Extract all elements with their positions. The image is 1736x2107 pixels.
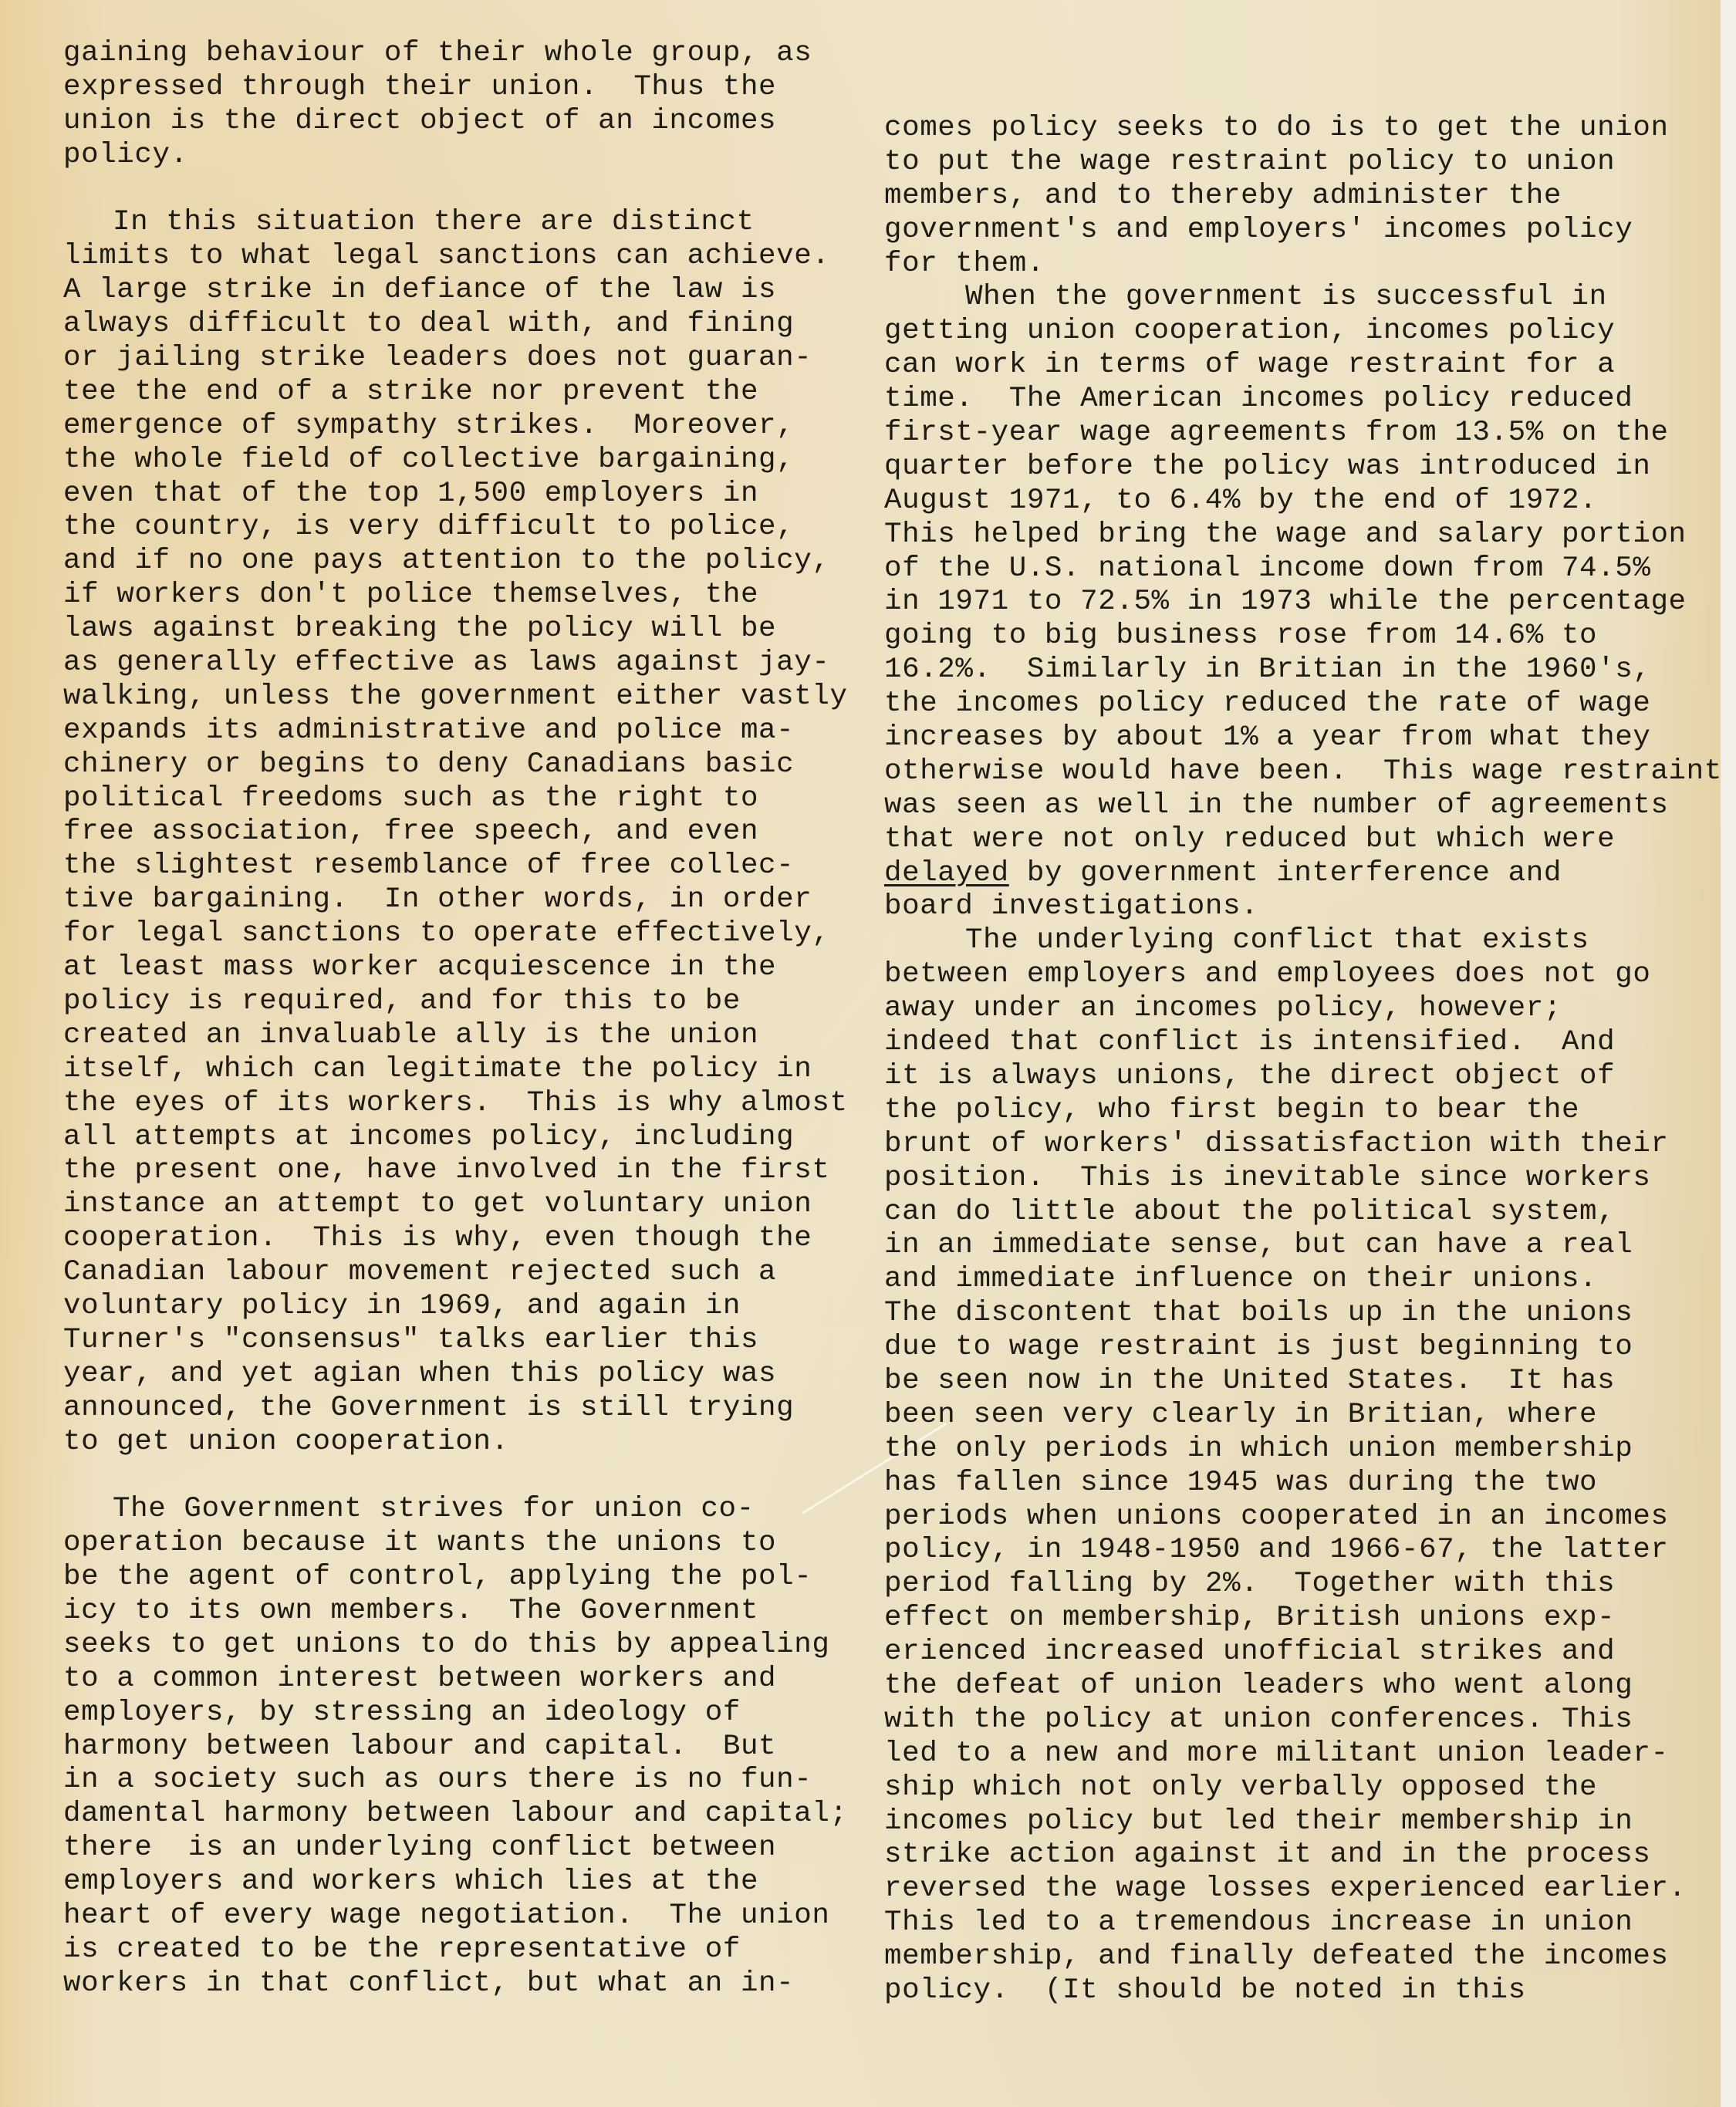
paragraph-gap (63, 173, 848, 207)
text-line: comes policy seeks to do is to get the u… (884, 112, 1722, 146)
text-line: indeed that conflict is intensified. And (884, 1026, 1722, 1060)
text-line: tee the end of a strike nor prevent the (63, 376, 848, 410)
text-line: due to wage restraint is just beginning … (884, 1331, 1722, 1365)
paper-page: gaining behaviour of their whole group, … (0, 0, 1721, 2107)
text-line: damental harmony between labour and capi… (63, 1798, 848, 1832)
text-line: laws against breaking the policy will be (63, 613, 848, 647)
text-line: getting union cooperation, incomes polic… (884, 315, 1722, 349)
text-line: incomes policy but led their membership … (884, 1805, 1722, 1839)
text-line: policy. (It should be noted in this (884, 1974, 1722, 2008)
text-line: away under an incomes policy, however; (884, 992, 1722, 1026)
text-line: the incomes policy reduced the rate of w… (884, 687, 1722, 721)
text-line: or jailing strike leaders does not guara… (63, 342, 848, 376)
text-line: voluntary policy in 1969, and again in (63, 1290, 848, 1324)
text-line: When the government is successful in (884, 281, 1722, 315)
text-line: brunt of workers' dissatisfaction with t… (884, 1128, 1722, 1162)
text-line: chinery or begins to deny Canadians basi… (63, 748, 848, 782)
text-line: the defeat of union leaders who went alo… (884, 1670, 1722, 1703)
text-line: between employers and employees does not… (884, 958, 1722, 992)
text-line: led to a new and more militant union lea… (884, 1737, 1722, 1771)
text-line: to get union cooperation. (63, 1426, 848, 1460)
text-line: periods when unions cooperated in an inc… (884, 1501, 1722, 1535)
text-line: policy. (63, 139, 848, 173)
text-line: time. The American incomes policy reduce… (884, 383, 1722, 417)
text-line: limits to what legal sanctions can achie… (63, 240, 848, 274)
text-line: membership, and finally defeated the inc… (884, 1940, 1722, 1974)
text-line: the present one, have involved in the fi… (63, 1154, 848, 1188)
text-line: erienced increased unofficial strikes an… (884, 1636, 1722, 1670)
text-line: August 1971, to 6.4% by the end of 1972. (884, 485, 1722, 518)
text-line: can do little about the political system… (884, 1196, 1722, 1230)
text-line: with the policy at union conferences. Th… (884, 1703, 1722, 1737)
text-line: This led to a tremendous increase in uni… (884, 1906, 1722, 1940)
left-text-column: gaining behaviour of their whole group, … (63, 37, 848, 2001)
text-line: tive bargaining. In other words, in orde… (63, 883, 848, 917)
line-remainder: by government interference and (1009, 857, 1562, 890)
text-line: position. This is inevitable since worke… (884, 1162, 1722, 1196)
text-line: the slightest resemblance of free collec… (63, 849, 848, 883)
text-line: of the U.S. national income down from 74… (884, 552, 1722, 586)
right-text-column: comes policy seeks to do is to get the u… (884, 112, 1722, 2008)
text-line: there is an underlying conflict between (63, 1832, 848, 1866)
text-line: employers and workers which lies at the (63, 1866, 848, 1899)
text-line: policy, in 1948-1950 and 1966-67, the la… (884, 1534, 1722, 1568)
text-line: ship which not only verbally opposed the (884, 1771, 1722, 1805)
text-line: strike action against it and in the proc… (884, 1839, 1722, 1872)
text-line: in an immediate sense, but can have a re… (884, 1229, 1722, 1263)
text-line: it is always unions, the direct object o… (884, 1060, 1722, 1094)
text-line: delayed by government interference and (884, 857, 1722, 891)
text-line: employers, by stressing an ideology of (63, 1697, 848, 1731)
text-line: be the agent of control, applying the po… (63, 1561, 848, 1595)
text-line: members, and to thereby administer the (884, 180, 1722, 214)
text-line: that were not only reduced but which wer… (884, 823, 1722, 857)
text-line: expressed through their union. Thus the (63, 71, 848, 105)
text-line: The Government strives for union co- (63, 1493, 848, 1527)
text-line: icy to its own members. The Government (63, 1595, 848, 1629)
text-line: union is the direct object of an incomes (63, 105, 848, 139)
text-line: the eyes of its workers. This is why alm… (63, 1087, 848, 1121)
text-line: The underlying conflict that exists (884, 924, 1722, 958)
text-line: period falling by 2%. Together with this (884, 1568, 1722, 1602)
text-line: even that of the top 1,500 employers in (63, 478, 848, 512)
text-line: is created to be the representative of (63, 1933, 848, 1967)
text-line: A large strike in defiance of the law is (63, 274, 848, 308)
text-line: for them. (884, 248, 1722, 282)
text-line: the whole field of collective bargaining… (63, 444, 848, 478)
text-line: instance an attempt to get voluntary uni… (63, 1188, 848, 1222)
text-line: at least mass worker acquiescence in the (63, 951, 848, 985)
text-line: otherwise would have been. This wage res… (884, 755, 1722, 789)
text-line: going to big business rose from 14.6% to (884, 620, 1722, 653)
text-line: if workers don't police themselves, the (63, 579, 848, 613)
text-line: harmony between labour and capital. But (63, 1731, 848, 1764)
text-line: free association, free speech, and even (63, 815, 848, 849)
text-line: for legal sanctions to operate effective… (63, 917, 848, 951)
text-line: the only periods in which union membersh… (884, 1433, 1722, 1467)
text-line: seeks to get unions to do this by appeal… (63, 1629, 848, 1663)
text-line: and immediate influence on their unions. (884, 1263, 1722, 1297)
text-line: board investigations. (884, 890, 1722, 924)
text-line: In this situation there are distinct (63, 206, 848, 240)
text-line: has fallen since 1945 was during the two (884, 1467, 1722, 1501)
underlined-word: delayed (884, 857, 1009, 890)
text-line: was seen as well in the number of agreem… (884, 789, 1722, 823)
text-line: all attempts at incomes policy, includin… (63, 1121, 848, 1155)
text-line: This helped bring the wage and salary po… (884, 518, 1722, 552)
text-line: cooperation. This is why, even though th… (63, 1222, 848, 1256)
text-line: the policy, who first begin to bear the (884, 1094, 1722, 1128)
text-line: created an invaluable ally is the union (63, 1019, 848, 1053)
text-line: can work in terms of wage restraint for … (884, 349, 1722, 383)
text-line: Turner's "consensus" talks earlier this (63, 1324, 848, 1358)
text-line: first-year wage agreements from 13.5% on… (884, 417, 1722, 451)
text-line: itself, which can legitimate the policy … (63, 1053, 848, 1087)
text-line: to a common interest between workers and (63, 1663, 848, 1697)
text-line: reversed the wage losses experienced ear… (884, 1872, 1722, 1906)
text-line: walking, unless the government either va… (63, 680, 848, 714)
text-line: effect on membership, British unions exp… (884, 1602, 1722, 1636)
text-line: always difficult to deal with, and finin… (63, 308, 848, 342)
text-line: as generally effective as laws against j… (63, 647, 848, 680)
text-line: quarter before the policy was introduced… (884, 451, 1722, 485)
text-line: in a society such as ours there is no fu… (63, 1764, 848, 1798)
text-line: in 1971 to 72.5% in 1973 while the perce… (884, 586, 1722, 620)
text-line: government's and employers' incomes poli… (884, 214, 1722, 248)
text-line: workers in that conflict, but what an in… (63, 1967, 848, 2001)
text-line: operation because it wants the unions to (63, 1527, 848, 1561)
text-line: increases by about 1% a year from what t… (884, 721, 1722, 755)
text-line: been seen very clearly in Britian, where (884, 1399, 1722, 1433)
page-edge (1721, 0, 1736, 2107)
text-line: heart of every wage negotiation. The uni… (63, 1899, 848, 1933)
text-line: gaining behaviour of their whole group, … (63, 37, 848, 71)
text-line: policy is required, and for this to be (63, 985, 848, 1019)
text-line: emergence of sympathy strikes. Moreover, (63, 410, 848, 444)
text-line: political freedoms such as the right to (63, 782, 848, 816)
text-line: and if no one pays attention to the poli… (63, 545, 848, 579)
text-line: announced, the Government is still tryin… (63, 1392, 848, 1426)
paragraph-gap (63, 1459, 848, 1493)
text-line: expands its administrative and police ma… (63, 714, 848, 748)
text-line: The discontent that boils up in the unio… (884, 1297, 1722, 1331)
text-line: 16.2%. Similarly in Britian in the 1960'… (884, 653, 1722, 687)
text-line: to put the wage restraint policy to unio… (884, 146, 1722, 180)
text-line: be seen now in the United States. It has (884, 1365, 1722, 1399)
text-line: the country, is very difficult to police… (63, 511, 848, 545)
text-line: Canadian labour movement rejected such a (63, 1256, 848, 1290)
text-line: year, and yet agian when this policy was (63, 1358, 848, 1392)
